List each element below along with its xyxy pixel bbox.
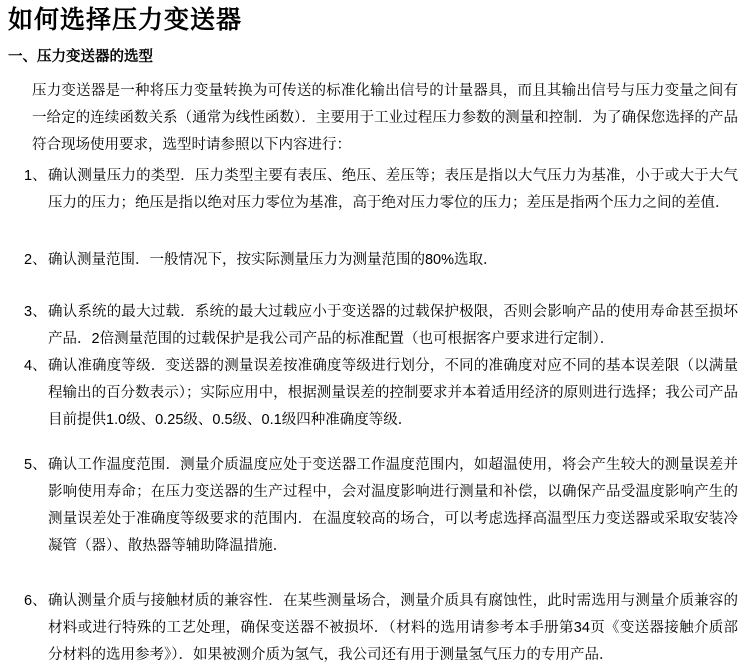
page-title: 如何选择压力变送器 <box>8 5 738 35</box>
item-text: 确认测量压力的类型．压力类型主要有表压、绝压、差压等；表压是指以大气压力为基准，… <box>48 163 738 217</box>
item-text: 确认测量范围．一般情况下，按实际测量压力为测量范围的80%选取． <box>48 247 738 274</box>
item-number: 3、 <box>22 299 48 353</box>
list-item: 6、 确认测量介质与接触材质的兼容性．在某些测量场合，测量介质具有腐蚀性，此时需… <box>22 588 738 669</box>
list-item: 5、 确认工作温度范围．测量介质温度应处于变送器工作温度范围内，如超温使用，将会… <box>22 452 738 560</box>
list-item: 3、 确认系统的最大过载．系统的最大过载应小于变送器的过载保护极限，否则会影响产… <box>22 299 738 353</box>
document-page: 如何选择压力变送器 一、 压力变送器的选型 压力变送器是一种将压力变量转换为可传… <box>0 0 750 669</box>
list-item: 2、 确认测量范围．一般情况下，按实际测量压力为测量范围的80%选取． <box>22 247 738 274</box>
item-number: 1、 <box>22 163 48 217</box>
selection-steps-list: 1、 确认测量压力的类型．压力类型主要有表压、绝压、差压等；表压是指以大气压力为… <box>22 163 738 669</box>
list-item: 1、 确认测量压力的类型．压力类型主要有表压、绝压、差压等；表压是指以大气压力为… <box>22 163 738 217</box>
item-text: 确认测量介质与接触材质的兼容性．在某些测量场合，测量介质具有腐蚀性，此时需选用与… <box>48 588 738 669</box>
intro-paragraph: 压力变送器是一种将压力变量转换为可传送的标准化输出信号的计量器具，而且其输出信号… <box>32 78 738 159</box>
section-title: 压力变送器的选型 <box>37 49 153 65</box>
section-number: 一、 <box>8 49 37 65</box>
section-heading: 一、 压力变送器的选型 <box>8 49 738 65</box>
item-number: 2、 <box>22 247 48 274</box>
item-number: 6、 <box>22 588 48 669</box>
item-text: 确认准确度等级．变送器的测量误差按准确度等级进行划分，不同的准确度对应不同的基本… <box>48 353 738 434</box>
item-number: 4、 <box>22 353 48 434</box>
item-number: 5、 <box>22 452 48 560</box>
item-text: 确认系统的最大过载．系统的最大过载应小于变送器的过载保护极限，否则会影响产品的使… <box>48 299 738 353</box>
list-item: 4、 确认准确度等级．变送器的测量误差按准确度等级进行划分，不同的准确度对应不同… <box>22 353 738 434</box>
item-text: 确认工作温度范围．测量介质温度应处于变送器工作温度范围内，如超温使用，将会产生较… <box>48 452 738 560</box>
